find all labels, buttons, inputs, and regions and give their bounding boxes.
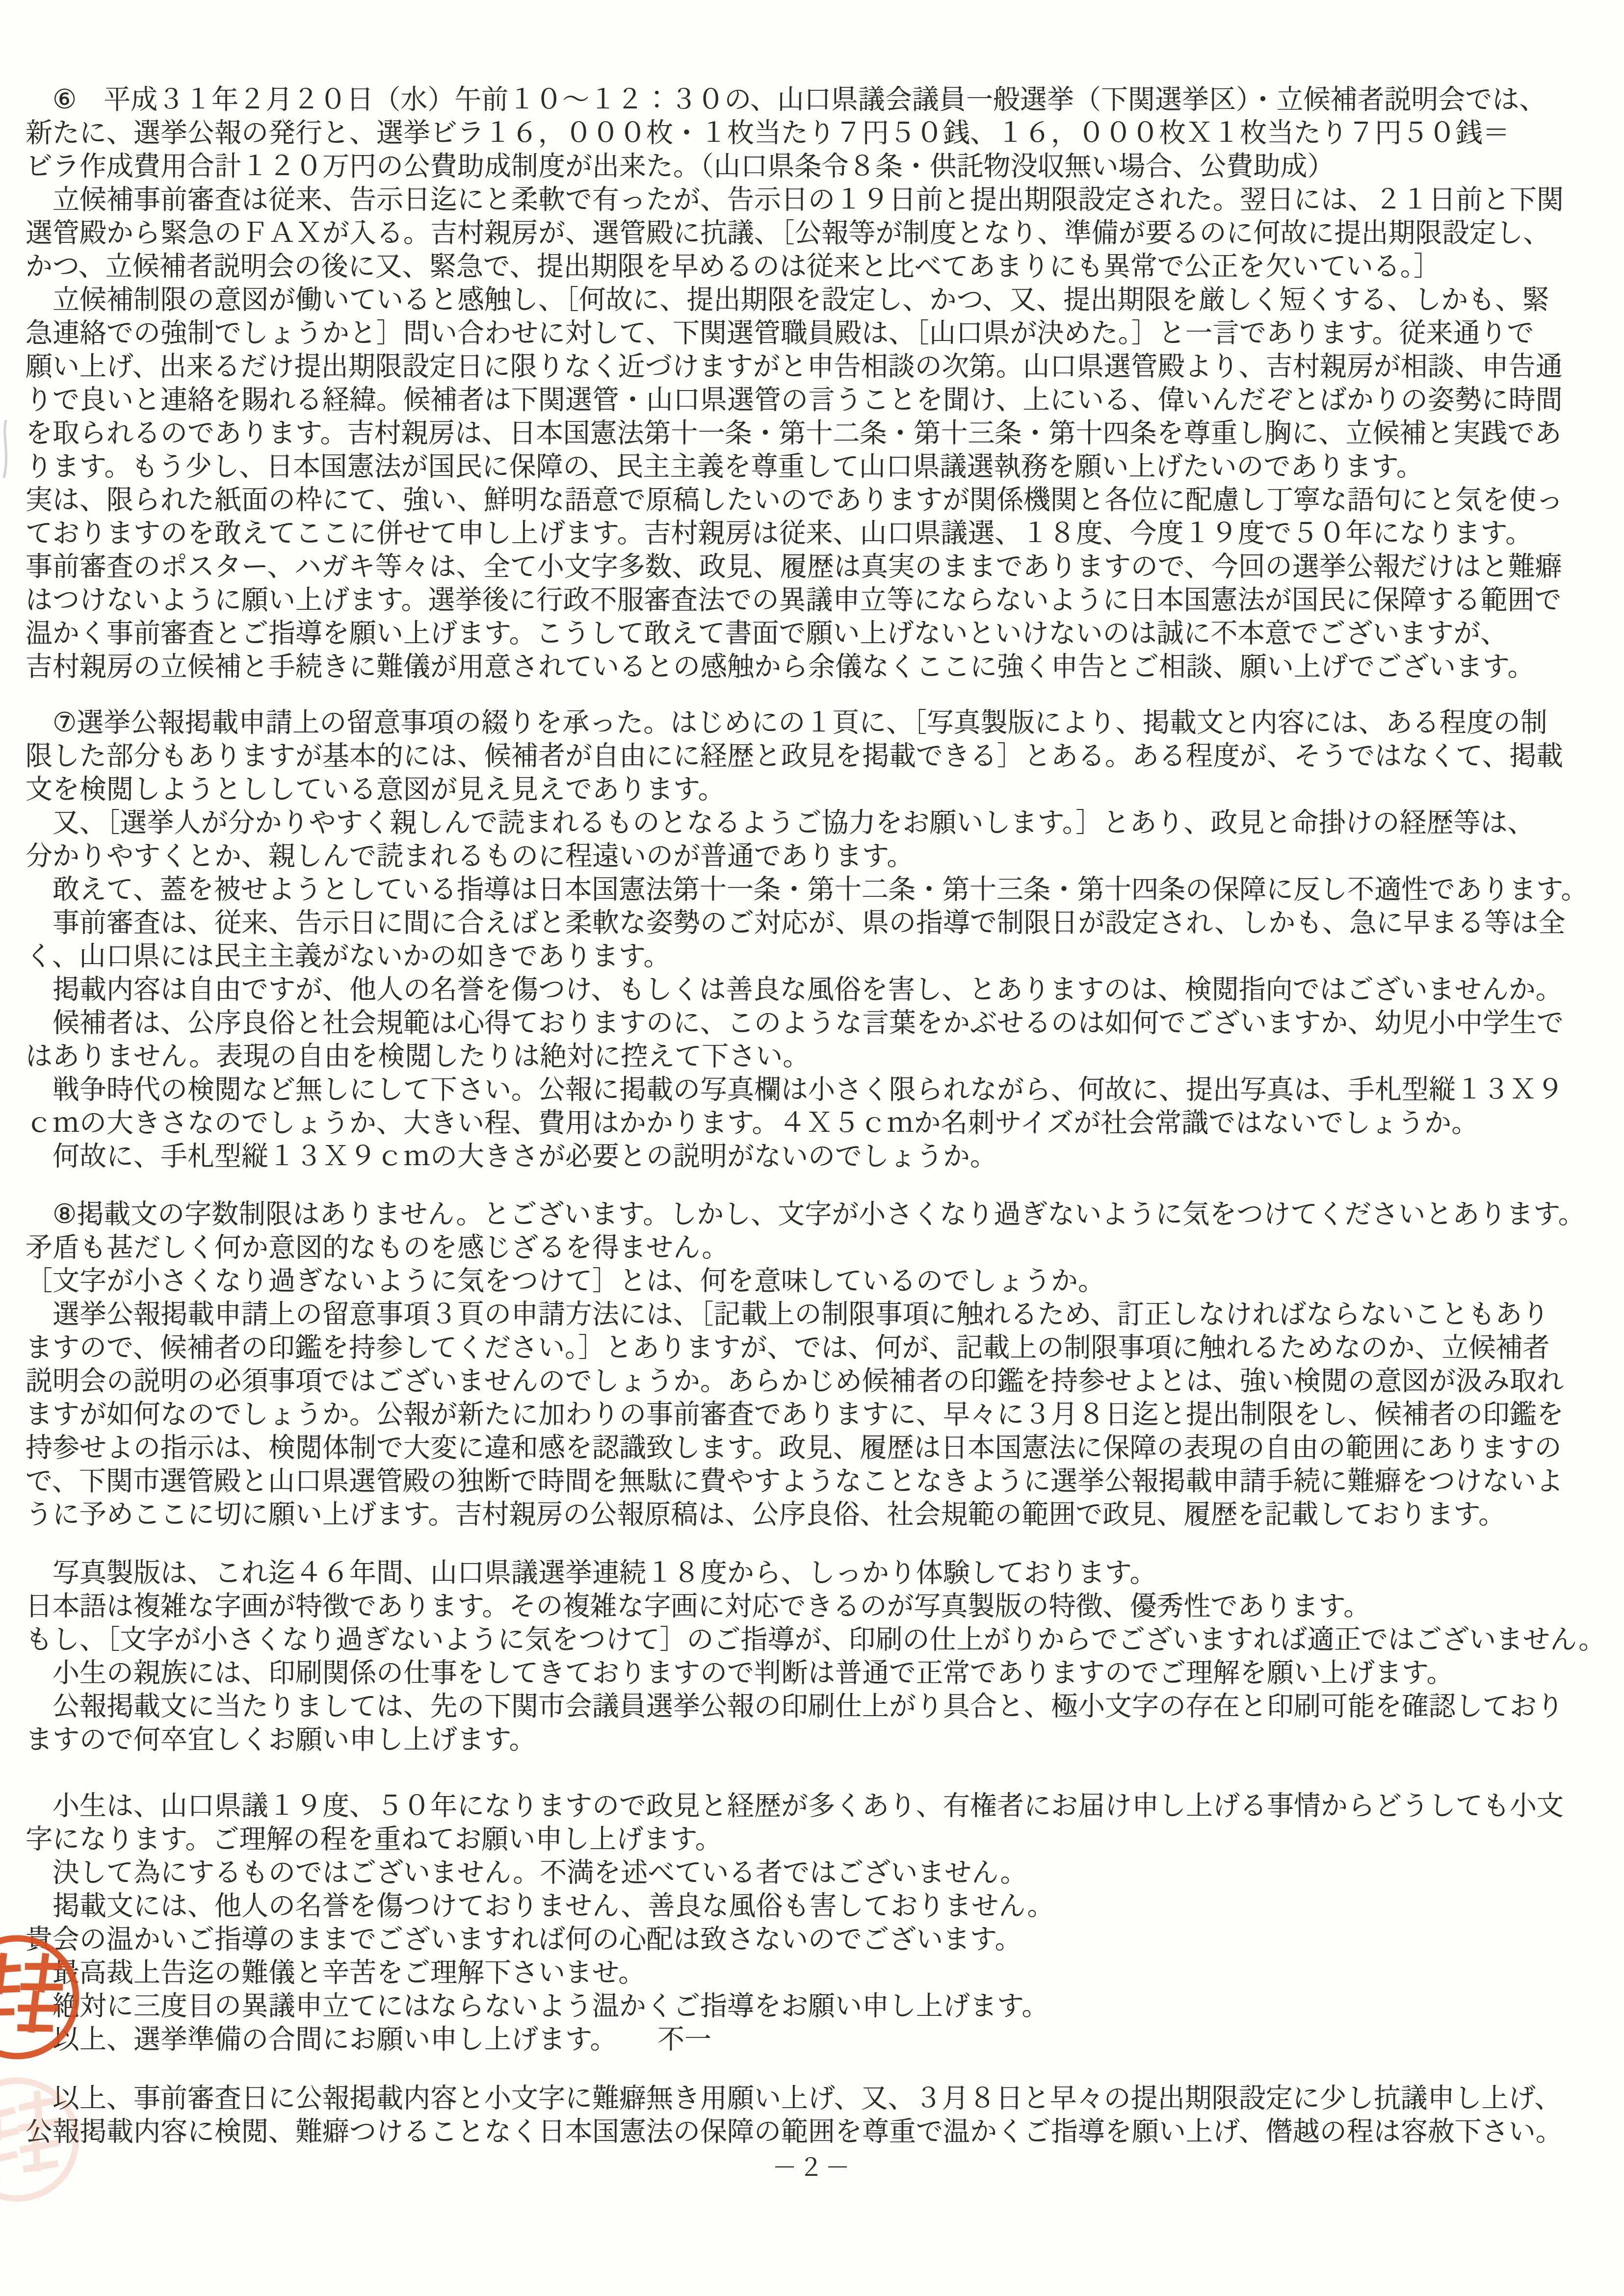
text-line: 日本語は複雑な字画が特徴であります。その複雑な字画に対応できるのが写真製版の特徴… (26, 1589, 1624, 1622)
text-line: ｃｍの大きさなのでしょうか、大きい程、費用はかかります。４Ｘ５ｃｍか名刺サイズが… (26, 1106, 1624, 1139)
text-line: 矛盾も甚だしく何か意図的なものを感じざるを得ません。 (26, 1230, 1624, 1264)
text-line: 文を検閲しようとししている意図が見え見えであります。 (26, 772, 1624, 806)
document-text: ⑥ 平成３１年２月２０日（水）午前１０～１２：３０の、山口県議会議員一般選挙（下… (26, 82, 1624, 2148)
text-line: 候補者は、公序良俗と社会規範は心得ておりますのに、このような言葉をかぶせるのは如… (26, 1006, 1624, 1039)
text-line: うに予めここに切に願い上げます。吉村親房の公報原稿は、公序良俗、社会規範の範囲で… (26, 1497, 1624, 1531)
scan-artifact-mark (0, 417, 15, 481)
text-line: 新たに、選挙公報の発行と、選挙ビラ１６，０００枚・１枚当たり７円５０銭、１６，０… (26, 116, 1624, 149)
text-line: 字になります。ご理解の程を重ねてお願い申し上げます。 (26, 1822, 1624, 1855)
text-line: く、山口県には民主主義がないかの如きであります。 (26, 939, 1624, 972)
text-line: ［文字が小さくなり過ぎないように気をつけて］とは、何を意味しているのでしょうか。 (26, 1264, 1624, 1297)
text-line: 絶対に三度目の異議申立てにはならないよう温かくご指導をお願い申し上げます。 (26, 1989, 1624, 2022)
text-line: で、下関市選管殿と山口県選管殿の独断で時間を無駄に費やすようなことなきように選挙… (26, 1464, 1624, 1497)
text-line: 吉村親房の立候補と手続きに難儀が用意されているとの感触から余儀なくここに強く申告… (26, 650, 1624, 683)
text-line: 立候補制限の意図が働いていると感触し、［何故に、提出期限を設定し、かつ、又、提出… (26, 283, 1624, 316)
text-line: 貴会の温かいご指導のままでございますれば何の心配は致さないのでございます。 (26, 1922, 1624, 1956)
text-line: 願い上げ、出来るだけ提出期限設定日に限りなく近づけますがと申告相談の次第。山口県… (26, 349, 1624, 383)
text-line: 掲載内容は自由ですが、他人の名誉を傷つけ、もしくは善良な風俗を害し、とありますの… (26, 972, 1624, 1006)
text-line: ますが如何なのでしょうか。公報が新たに加わりの事前審査でありますに、早々に３月８… (26, 1397, 1624, 1431)
text-line: 選挙公報掲載申請上の留意事項３頁の申請方法には、［記載上の制限事項に触れるため、… (26, 1297, 1624, 1331)
text-line: もし、［文字が小さくなり過ぎないように気をつけて］のご指導が、印刷の仕上がりから… (26, 1622, 1624, 1656)
text-line: 戦争時代の検閲など無しにして下さい。公報に掲載の写真欄は小さく限られながら、何故… (26, 1072, 1624, 1106)
paragraph-section-8: ⑧掲載文の字数制限はありません。とございます。しかし、文字が小さくなり過ぎないよ… (26, 1197, 1624, 1531)
paragraph-section-photo-engraving: 写真製版は、これ迄４６年間、山口県議選挙連続１８度から、しっかり体験しております… (26, 1556, 1624, 1756)
paragraph-section-6: ⑥ 平成３１年２月２０日（水）午前１０～１２：３０の、山口県議会議員一般選挙（下… (26, 82, 1624, 683)
text-line: 実は、限られた紙面の枠にて、強い、鮮明な語意で原稿したいのでありますが関係機関と… (26, 483, 1624, 516)
text-line: ますので、候補者の印鑑を持参してください。］とありますが、では、何が、記載上の制… (26, 1331, 1624, 1364)
paragraph-section-7: ⑦選挙公報掲載申請上の留意事項の綴りを承った。はじめにの１頁に、［写真製版により… (26, 705, 1624, 1173)
text-line: かつ、立候補者説明会の後に又、緊急で、提出期限を早めるのは従来と比べてあまりにも… (26, 249, 1624, 283)
text-line: 限した部分もありますが基本的には、候補者が自由にに経歴と政見を掲載できる］とある… (26, 739, 1624, 772)
text-line: 掲載文には、他人の名誉を傷つけておりません、善良な風俗も害しておりません。 (26, 1889, 1624, 1922)
text-line: 何故に、手札型縦１３Ｘ９ｃｍの大きさが必要との説明がないのでしょうか。 (26, 1139, 1624, 1173)
text-line: 小生は、山口県議１９度、５０年になりますので政見と経歴が多くあり、有権者にお届け… (26, 1789, 1624, 1822)
text-line: 持参せよの指示は、検閲体制で大変に違和感を認識致します。政見、履歴は日本国憲法に… (26, 1431, 1624, 1464)
text-line: ますので何卒宜しくお願い申し上げます。 (26, 1722, 1624, 1756)
text-line: 分かりやすくとか、親しんで読まれるものに程遠いのが普通であります。 (26, 839, 1624, 872)
text-line: 立候補事前審査は従来、告示日迄にと柔軟で有ったが、告示日の１９日前と提出期限設定… (26, 183, 1624, 216)
paragraph-section-closing: 以上、事前審査日に公報掲載内容と小文字に難癖無き用願い上げ、又、３月８日と早々の… (26, 2081, 1624, 2148)
text-line: 小生の親族には、印刷関係の仕事をしてきておりますので判断は普通で正常でありますの… (26, 1656, 1624, 1689)
text-line: 敢えて、蓋を被せようとしている指導は日本国憲法第十一条・第十二条・第十三条・第十… (26, 872, 1624, 906)
text-line: 公報掲載文に当たりましては、先の下関市会議員選挙公報の印刷仕上がり具合と、極小文… (26, 1689, 1624, 1722)
red-hanko-seal-ghost-icon (0, 2073, 83, 2206)
document-page: ⑥ 平成３１年２月２０日（水）午前１０～１２：３０の、山口県議会議員一般選挙（下… (0, 0, 1624, 2296)
text-line: 事前審査は、従来、告示日に間に合えばと柔軟な姿勢のご対応が、県の指導で制限日が設… (26, 906, 1624, 939)
text-line: 温かく事前審査とご指導を願い上げます。こうして敢えて書面で願い上げないといけない… (26, 616, 1624, 650)
text-line: ります。もう少し、日本国憲法が国民に保障の、民主主義を尊重して山口県議選執務を願… (26, 449, 1624, 483)
text-line: 写真製版は、これ迄４６年間、山口県議選挙連続１８度から、しっかり体験しております… (26, 1556, 1624, 1589)
text-line: 又、［選挙人が分かりやすく親しんで読まれるものとなるようご協力をお願いします。］… (26, 806, 1624, 839)
text-line: りで良いと連絡を賜れる経緯。候補者は下関選管・山口県選管の言うことを聞け、上にい… (26, 383, 1624, 416)
text-line: 決して為にするものではございません。不満を述べている者ではございません。 (26, 1855, 1624, 1889)
text-line: ⑧掲載文の字数制限はありません。とございます。しかし、文字が小さくなり過ぎないよ… (26, 1197, 1624, 1230)
text-line: 事前審査のポスター、ハガキ等々は、全て小文字多数、政見、履歴は真実のままでありま… (26, 549, 1624, 583)
text-line: 最高裁上告迄の難儀と辛苦をご理解下さいませ。 (26, 1956, 1624, 1989)
text-line: ビラ作成費用合計１２０万円の公費助成制度が出来た。（山口県条令８条・供託物没収無… (26, 149, 1624, 183)
text-line: 選管殿から緊急のＦＡＸが入る。吉村親房が、選管殿に抗議、［公報等が制度となり、準… (26, 216, 1624, 249)
text-line: ⑦選挙公報掲載申請上の留意事項の綴りを承った。はじめにの１頁に、［写真製版により… (26, 705, 1624, 739)
text-line: 以上、選挙準備の合間にお願い申し上げます。 不一 (26, 2022, 1624, 2056)
text-line: 急連絡での強制でしょうかと］問い合わせに対して、下関選管職員殿は、［山口県が決め… (26, 316, 1624, 349)
text-line: はありません。表現の自由を検閲したりは絶対に控えて下さい。 (26, 1039, 1624, 1072)
text-line: ⑥ 平成３１年２月２０日（水）午前１０～１２：３０の、山口県議会議員一般選挙（下… (26, 82, 1624, 116)
page-number: －２－ (0, 2148, 1624, 2183)
text-line: 以上、事前審査日に公報掲載内容と小文字に難癖無き用願い上げ、又、３月８日と早々の… (26, 2081, 1624, 2114)
text-line: 公報掲載内容に検閲、難癖つけることなく日本国憲法の保障の範囲を尊重で温かくご指導… (26, 2114, 1624, 2148)
paragraph-section-personal-appeal: 小生は、山口県議１９度、５０年になりますので政見と経歴が多くあり、有権者にお届け… (26, 1789, 1624, 2056)
text-line: を取られるのであります。吉村親房は、日本国憲法第十一条・第十二条・第十三条・第十… (26, 416, 1624, 449)
text-line: はつけないように願い上げます。選挙後に行政不服審査法での異議申立等にならないよう… (26, 583, 1624, 616)
red-hanko-seal-icon (0, 1931, 83, 2063)
text-line: ておりますのを敢えてここに併せて申し上げます。吉村親房は従来、山口県議選、１８度… (26, 516, 1624, 549)
text-line: 説明会の説明の必須事項ではございませんのでしょうか。あらかじめ候補者の印鑑を持参… (26, 1364, 1624, 1397)
